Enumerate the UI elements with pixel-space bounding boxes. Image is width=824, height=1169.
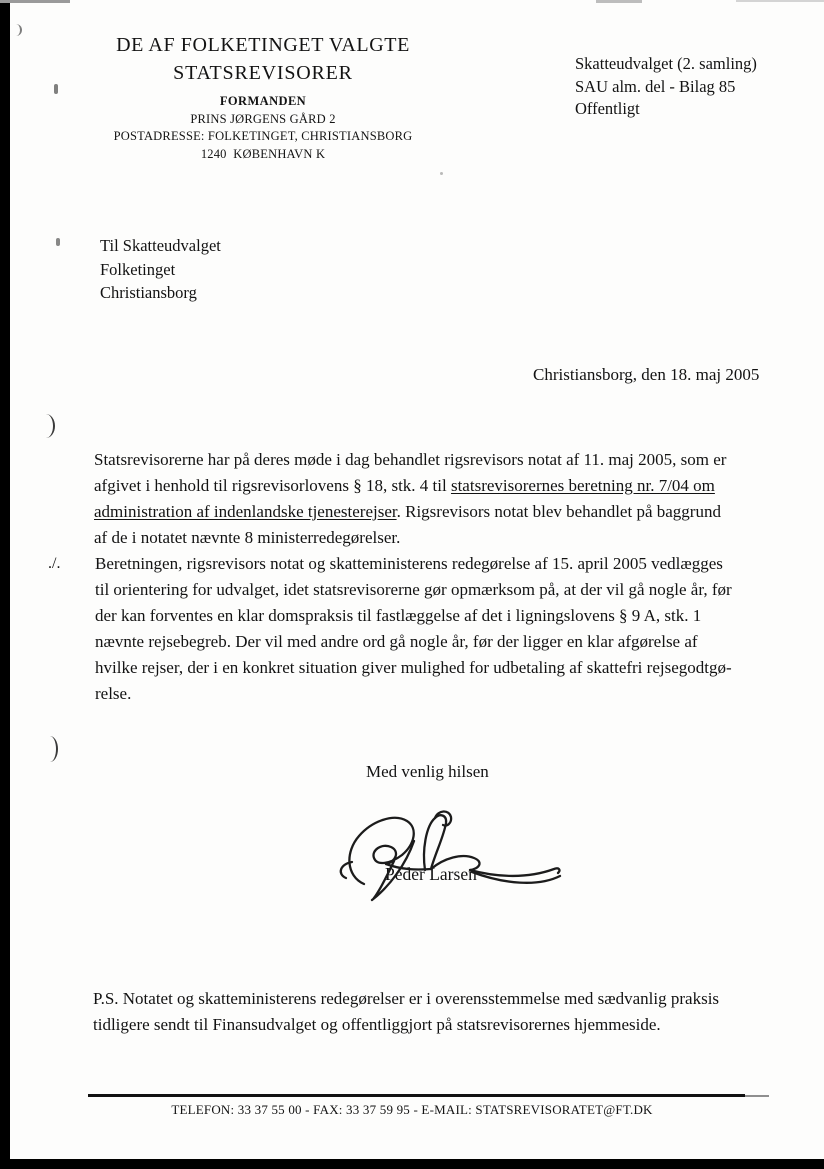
org-name-line1: DE AF FOLKETINGET VALGTE [78, 33, 448, 58]
scan-artifact [440, 172, 443, 175]
scan-edge-left [0, 0, 10, 1169]
signer-name: Peder Larsen [385, 864, 477, 885]
committee-stamp: Skatteudvalget (2. samling) SAU alm. del… [575, 53, 757, 121]
signature-image [332, 806, 564, 911]
recipient-block: Til Skatteudvalget Folketinget Christian… [100, 234, 221, 305]
footer-rule [745, 1095, 769, 1097]
role-title: FORMANDEN [78, 94, 448, 110]
letterhead-address-line: POSTADRESSE: FOLKETINGET, CHRISTIANSBORG [78, 129, 448, 145]
recipient-line: Til Skatteudvalget [100, 234, 221, 258]
letterhead-address-line: PRINS JØRGENS GÅRD 2 [78, 112, 448, 128]
postscript: P.S. Notatet og skatteministerens redegø… [93, 986, 785, 1038]
enclosure-mark: ./. [48, 555, 60, 573]
scanned-letter-page: DE AF FOLKETINGET VALGTE STATSREVISORER … [0, 0, 824, 1169]
date-line: Christiansborg, den 18. maj 2005 [533, 365, 759, 385]
closing-salutation: Med venlig hilsen [366, 762, 489, 782]
scan-artifact [46, 414, 55, 438]
scan-artifact [50, 736, 58, 762]
recipient-line: Christiansborg [100, 281, 221, 305]
letterhead: DE AF FOLKETINGET VALGTE STATSREVISORER … [78, 33, 448, 163]
body-paragraph-2: Beretningen, rigsrevisors notat og skatt… [95, 551, 787, 707]
scan-edge-top [596, 0, 642, 3]
scan-edge-top [736, 0, 824, 2]
scan-artifact [54, 84, 58, 94]
scan-artifact [16, 24, 22, 36]
letterhead-address-line: 1240 KØBENHAVN K [78, 147, 448, 163]
org-name-line2: STATSREVISORER [78, 61, 448, 86]
stamp-line-public: Offentligt [575, 98, 757, 121]
footer-contact: TELEFON: 33 37 55 00 - FAX: 33 37 59 95 … [0, 1102, 824, 1118]
footer-rule [88, 1094, 745, 1097]
body-paragraph-1: Statsrevisorerne har på deres møde i dag… [94, 447, 786, 551]
recipient-line: Folketinget [100, 258, 221, 282]
scan-edge-bottom [0, 1159, 824, 1169]
scan-artifact [56, 238, 60, 246]
stamp-line-committee: Skatteudvalget (2. samling) [575, 53, 757, 76]
stamp-line-case: SAU alm. del - Bilag 85 [575, 76, 757, 99]
scan-edge-top [0, 0, 70, 3]
